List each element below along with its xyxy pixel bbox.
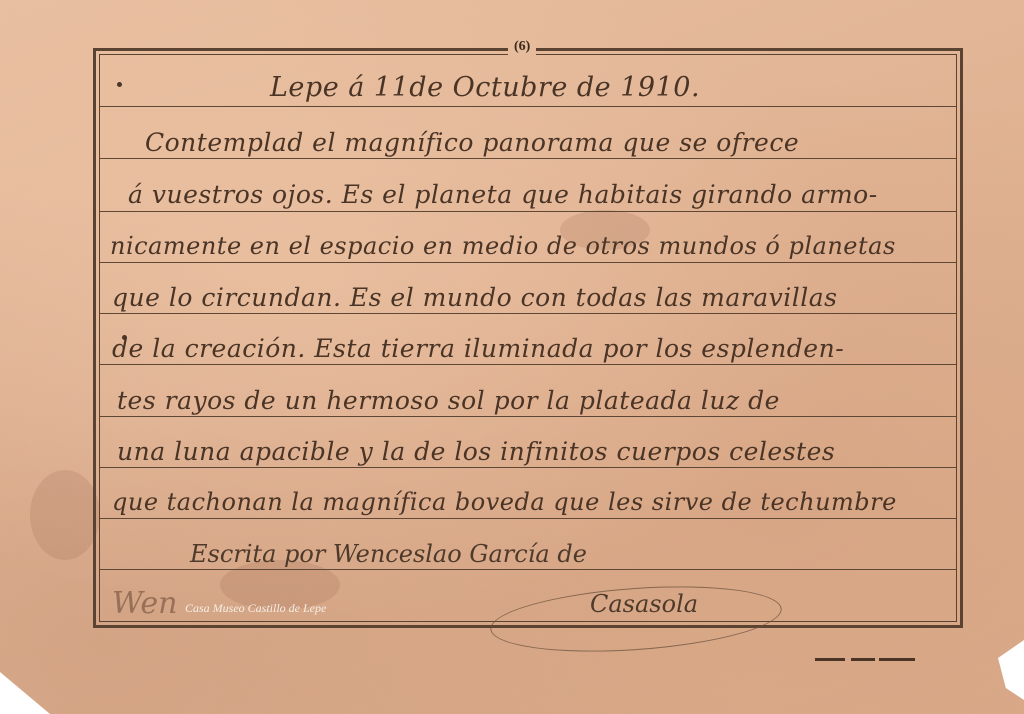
ruled-line <box>100 106 956 107</box>
body-line: tes rayos de un hermoso sol por la plate… <box>117 386 780 415</box>
body-line: Contemplad el magnífico panorama que se … <box>145 128 799 157</box>
ruled-line <box>100 313 956 314</box>
faded-scribble: Wen <box>112 586 177 621</box>
body-line: á vuestros ojos. Es el planeta que habit… <box>128 180 878 209</box>
signature-line: Escrita por Wenceslao García de <box>190 540 587 568</box>
ruled-line <box>100 467 956 468</box>
dash-mark <box>815 658 915 661</box>
ruled-line <box>100 158 956 159</box>
ruled-line <box>100 364 956 365</box>
body-line: que lo circundan. Es el mundo con todas … <box>112 283 837 312</box>
ruled-line <box>100 569 956 570</box>
body-line: una luna apacible y la de los infinitos … <box>117 437 835 466</box>
museum-watermark: Casa Museo Castillo de Lepe <box>185 601 326 616</box>
page-number: (6) <box>508 39 536 55</box>
body-line: de la creación. Esta tierra iluminada po… <box>112 334 844 363</box>
paper-stain <box>30 470 100 560</box>
ruled-line <box>100 518 956 519</box>
margin-dot <box>117 82 122 87</box>
torn-corner-bottom-left <box>0 672 50 714</box>
date-line: Lepe á 11de Octubre de 1910. <box>270 72 700 103</box>
body-line: nicamente en el espacio en medio de otro… <box>110 232 896 260</box>
body-line: que tachonan la magnífica boveda que les… <box>112 488 897 516</box>
ruled-line <box>100 211 956 212</box>
ruled-line <box>100 262 956 263</box>
ruled-line <box>100 416 956 417</box>
